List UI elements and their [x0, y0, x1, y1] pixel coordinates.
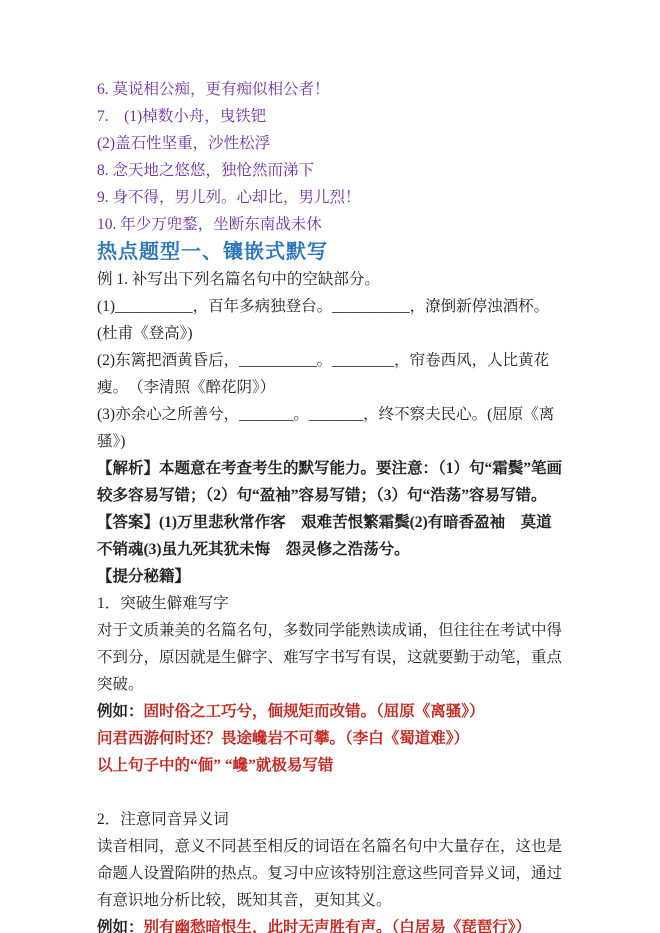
answer-line-7b: (2)盖石性坚重，沙性松浮: [97, 130, 563, 157]
question-2: (2)东篱把酒黄昏后，__________。________，帘卷西风，人比黄花…: [97, 347, 563, 401]
answer-line-8: 8. 念天地之悠悠，独怆然而涕下: [97, 157, 563, 184]
tip1-example-label: 例如：: [97, 703, 144, 720]
answer-paragraph: 【答案】(1)万里悲秋常作客 艰难苦恨繁霜鬓(2)有暗香盈袖 莫道不销魂(3)虽…: [97, 509, 563, 563]
tip2-example-red-1: 别有幽愁暗恨生，此时无声胜有声。（白居易《琵琶行》）: [144, 919, 532, 933]
tip1-example-red-3: 以上句子中的“偭” “巉”就极易写错: [97, 752, 563, 779]
tip1-title: 1．突破生僻难写字: [97, 590, 563, 617]
analysis-paragraph: 【解析】本题意在考查考生的默写能力。要注意：（1）句“霜鬓”笔画较多容易写错；（…: [97, 455, 563, 509]
answer-line-7: 7. (1)棹数小舟，曳铁钯: [97, 103, 563, 130]
tips-heading: 【提分秘籍】: [97, 563, 563, 590]
answer-line-10: 10. 年少万兜鍪，坐断东南战未休: [97, 211, 563, 238]
tip1-example-red-1: 固时俗之工巧兮，偭规矩而改错。（屈原《离骚》）: [144, 703, 485, 720]
example-title: 例 1. 补写出下列名篇名句中的空缺部分。: [97, 266, 563, 293]
blank-line: [97, 779, 563, 806]
tip2-body: 读音相同，意义不同甚至相反的词语在名篇名句中大量存在，这也是命题人设置陷阱的热点…: [97, 833, 563, 914]
tip1-example-line: 例如：固时俗之工巧兮，偭规矩而改错。（屈原《离骚》）: [97, 698, 563, 725]
document-page: 6. 莫说相公痴，更有痴似相公者！ 7. (1)棹数小舟，曳铁钯 (2)盖石性坚…: [0, 0, 660, 933]
tip2-example-line: 例如：别有幽愁暗恨生，此时无声胜有声。（白居易《琵琶行》）: [97, 914, 563, 933]
section-heading: 热点题型一、镶嵌式默写: [97, 238, 563, 266]
answer-line-6: 6. 莫说相公痴，更有痴似相公者！: [97, 76, 563, 103]
tip2-title: 2．注意同音异义词: [97, 806, 563, 833]
tip1-example-red-2: 问君西游何时还？畏途巉岩不可攀。（李白《蜀道难》）: [97, 725, 563, 752]
question-3: (3)亦余心之所善兮，_______。_______，终不察夫民心。(屈原《离骚…: [97, 401, 563, 455]
tip2-example-label: 例如：: [97, 919, 144, 933]
answer-line-9: 9. 身不得，男儿列。心却比，男儿烈！: [97, 184, 563, 211]
tip1-body: 对于文质兼美的名篇名句，多数同学能熟读成诵，但往往在考试中得不到分，原因就是生僻…: [97, 617, 563, 698]
question-1: (1)__________，百年多病独登台。__________，潦倒新停浊酒杯…: [97, 293, 563, 347]
